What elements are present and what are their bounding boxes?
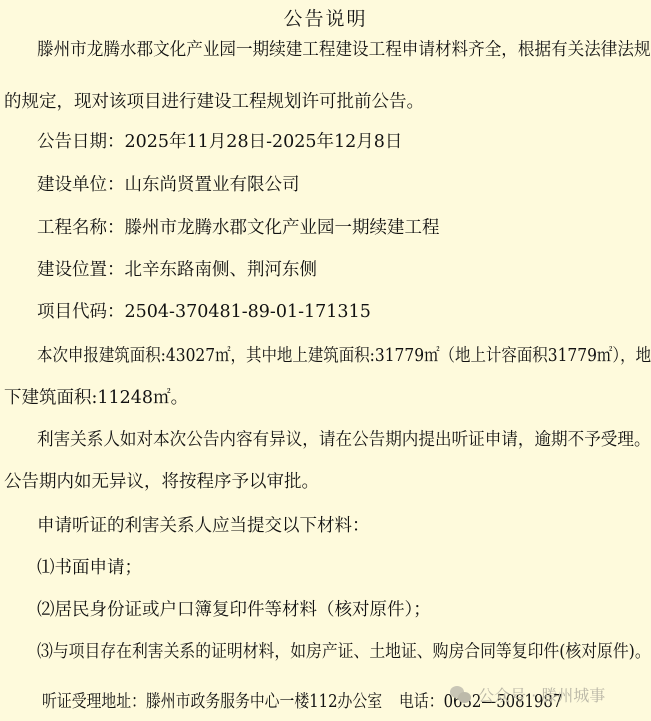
address-label: 听证受理地址： bbox=[42, 692, 146, 712]
page-title: 公告说明 bbox=[0, 4, 651, 31]
field-project-name: 工程名称：滕州市龙腾水郡文化产业园一期续建工程 bbox=[37, 216, 440, 240]
field-announcement-date: 公告日期：2025年11月28日-2025年12月8日 bbox=[37, 130, 402, 154]
material-item-2: ⑵居民身份证或户口簿复印件等材料（核对原件）； bbox=[37, 598, 431, 622]
phone-label: 电话： bbox=[399, 692, 444, 712]
field-value: 2025年11月28日-2025年12月8日 bbox=[125, 132, 403, 152]
material-item-3: ⑶与项目存在利害关系的证明材料，如房产证、土地证、购房合同等复印件(核对原件)。 bbox=[37, 640, 651, 664]
field-label: 建设位置： bbox=[37, 260, 125, 280]
wechat-icon bbox=[450, 686, 472, 704]
field-value: 山东尚贤置业有限公司 bbox=[125, 175, 300, 195]
field-project-code: 项目代码：2504-370481-89-01-171315 bbox=[37, 300, 371, 324]
intro-line-1: 滕州市龙腾水郡文化产业园一期续建工程建设工程申请材料齐全，根据有关法律法规 bbox=[37, 38, 619, 62]
objection-line-1: 利害关系人如对本次公告内容有异议，请在公告期内提出听证申请，逾期不予受理。 bbox=[37, 428, 651, 452]
field-value: 2504-370481-89-01-171315 bbox=[125, 302, 371, 322]
field-label: 公告日期： bbox=[37, 132, 125, 152]
field-location: 建设位置：北辛东路南侧、荆河东侧 bbox=[37, 258, 317, 282]
field-value: 滕州市龙腾水郡文化产业园一期续建工程 bbox=[125, 218, 440, 238]
field-developer: 建设单位：山东尚贤置业有限公司 bbox=[37, 173, 300, 197]
material-item-1: ⑴书面申请； bbox=[37, 556, 142, 580]
watermark: 公众号 · 滕州城事 bbox=[450, 683, 605, 706]
intro-line-2: 的规定，现对该项目进行建设工程规划许可批前公告。 bbox=[4, 90, 424, 114]
field-value: 北辛东路南侧、荆河东侧 bbox=[125, 260, 318, 280]
address-value: 滕州市政务服务中心一楼112办公室 bbox=[146, 692, 382, 712]
objection-line-2: 公告期内如无异议，将按程序予以审批。 bbox=[4, 470, 319, 494]
field-label: 工程名称： bbox=[37, 218, 125, 238]
area-line-1: 本次申报建筑面积:43027㎡，其中地上建筑面积:31779㎡（地上计容面积31… bbox=[37, 344, 651, 368]
field-label: 项目代码： bbox=[37, 302, 125, 322]
materials-heading: 申请听证的利害关系人应当提交以下材料： bbox=[37, 514, 370, 538]
announcement-document: 公告说明 滕州市龙腾水郡文化产业园一期续建工程建设工程申请材料齐全，根据有关法律… bbox=[0, 0, 651, 721]
field-label: 建设单位： bbox=[37, 175, 125, 195]
area-line-2: 下建筑面积:11248㎡。 bbox=[4, 386, 188, 410]
watermark-text: 公众号 · 滕州城事 bbox=[478, 683, 605, 706]
